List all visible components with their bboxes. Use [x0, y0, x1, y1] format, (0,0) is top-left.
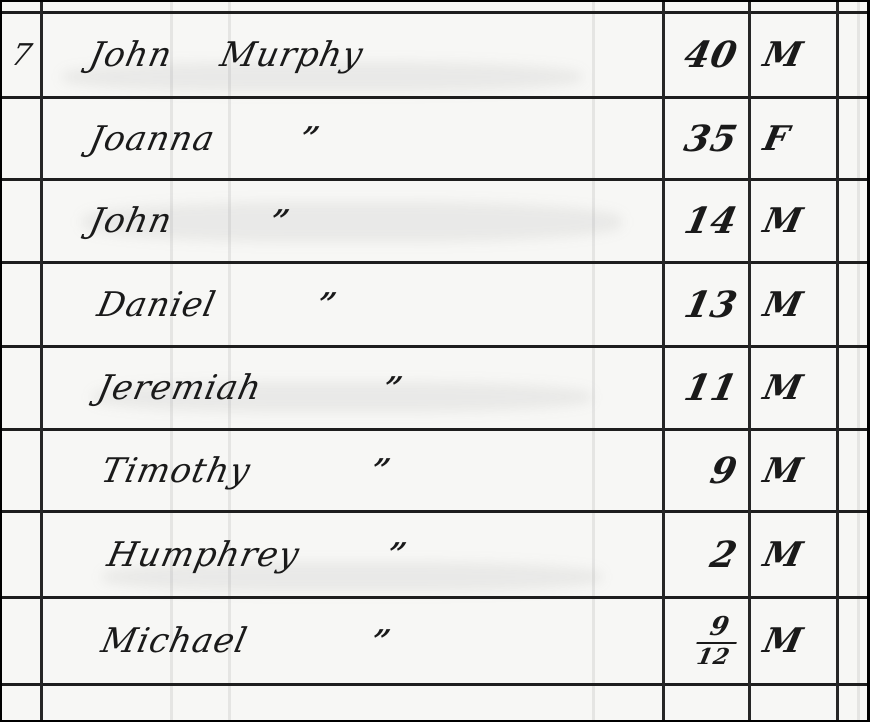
age-value: 40 — [680, 34, 741, 76]
sex-value: M — [760, 35, 807, 75]
given-name: Jeremiah — [94, 368, 266, 408]
ditto-mark: ” — [314, 287, 340, 322]
sex-value: F — [760, 119, 794, 159]
sex-cell: M — [754, 431, 836, 510]
sex-cell: M — [754, 348, 836, 428]
given-name: Michael — [98, 621, 251, 661]
age-cell: 2 — [667, 513, 749, 596]
dwelling-cell: 7 — [2, 14, 42, 96]
sex-cell: M — [754, 181, 836, 261]
age-cell: 9 12 — [667, 599, 749, 683]
ditto-mark: ” — [384, 537, 410, 572]
age-fraction: 9 12 — [691, 614, 742, 668]
age-cell: 11 — [667, 348, 749, 428]
census-row: Jeremiah ” 11 M — [2, 348, 867, 428]
age-fraction-denominator: 12 — [695, 646, 732, 668]
given-name: John — [86, 35, 176, 75]
sex-value: M — [760, 368, 807, 408]
census-row: Daniel ” 13 M — [2, 264, 867, 345]
surname: Murphy — [217, 35, 367, 75]
given-name: Timothy — [98, 451, 255, 491]
sex-cell: M — [754, 513, 836, 596]
census-page: 7 John Murphy 40 M Joanna ” 35 F John ” — [2, 2, 867, 720]
census-row: Michael ” 9 12 M — [2, 599, 867, 683]
census-row: Timothy ” 9 M — [2, 431, 867, 510]
ditto-mark: ” — [380, 371, 406, 406]
age-cell: 40 — [667, 14, 749, 96]
census-row: Joanna ” 35 F — [2, 99, 867, 178]
name-cell: Jeremiah ” — [46, 348, 662, 428]
sex-cell: F — [754, 99, 836, 178]
sex-cell: M — [754, 264, 836, 345]
age-cell: 13 — [667, 264, 749, 345]
name-cell: Humphrey ” — [46, 513, 662, 596]
given-name: John — [86, 201, 176, 241]
dwelling-number: 7 — [8, 38, 36, 73]
age-cell: 14 — [667, 181, 749, 261]
age-value: 14 — [680, 200, 741, 242]
age-fraction-numerator: 9 — [708, 614, 733, 640]
census-row: Humphrey ” 2 M — [2, 513, 867, 596]
sex-cell: M — [754, 599, 836, 683]
name-cell: Joanna ” — [46, 99, 662, 178]
census-row: John ” 14 M — [2, 181, 867, 261]
name-cell: Michael ” — [46, 599, 662, 683]
given-name: Daniel — [94, 285, 220, 325]
given-name: Joanna — [86, 119, 219, 159]
age-cell: 35 — [667, 99, 749, 178]
name-cell: Daniel ” — [46, 264, 662, 345]
sex-value: M — [760, 201, 807, 241]
sex-value: M — [760, 451, 807, 491]
age-value: 35 — [680, 118, 741, 160]
sex-cell: M — [754, 14, 836, 96]
sex-value: M — [760, 621, 807, 661]
sex-value: M — [760, 285, 807, 325]
age-value: 9 — [706, 450, 741, 492]
name-cell: John Murphy — [46, 14, 662, 96]
ditto-mark: ” — [368, 453, 394, 488]
given-name: Humphrey — [104, 535, 304, 575]
age-value: 2 — [706, 534, 741, 576]
sex-value: M — [760, 535, 807, 575]
name-cell: Timothy ” — [46, 431, 662, 510]
age-value: 11 — [680, 367, 741, 409]
age-cell: 9 — [667, 431, 749, 510]
ditto-mark: ” — [297, 121, 323, 156]
ditto-mark: ” — [267, 204, 293, 239]
row-rule — [2, 683, 867, 686]
age-value: 13 — [680, 284, 741, 326]
name-cell: John ” — [46, 181, 662, 261]
ditto-mark: ” — [368, 624, 394, 659]
census-row: 7 John Murphy 40 M — [2, 14, 867, 96]
